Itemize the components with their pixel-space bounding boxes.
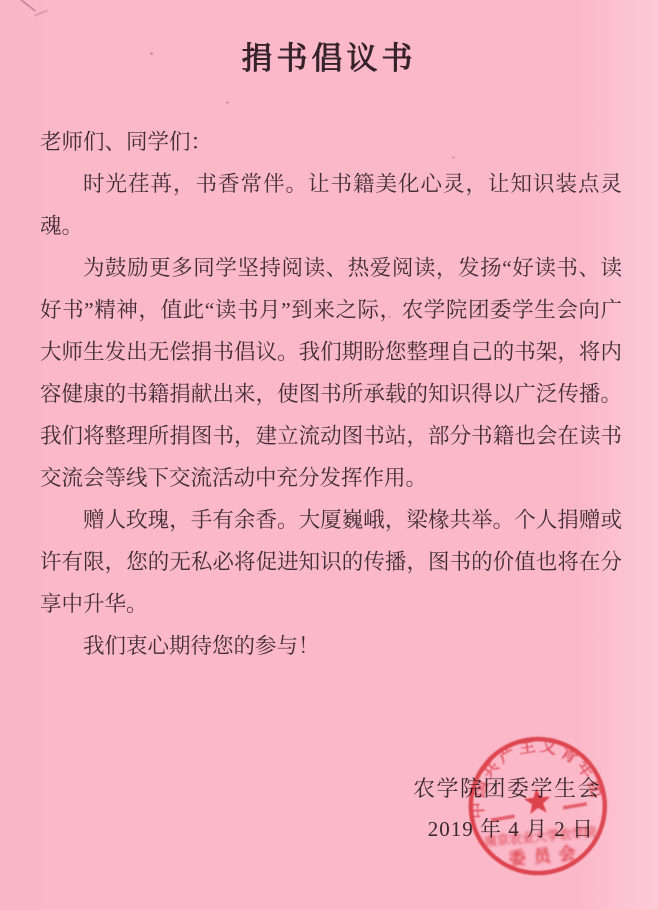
scan-artifact xyxy=(14,0,36,12)
body-paragraph: 我们衷心期待您的参与！ xyxy=(40,625,622,667)
scan-artifact xyxy=(226,101,229,104)
body-paragraph: 时光荏苒，书香常伴。让书籍美化心灵，让知识装点灵魂。 xyxy=(40,163,622,247)
seal-left-dash xyxy=(491,816,515,820)
official-seal: 中国共产主义青年团 南京农业大学农学院 委员会 xyxy=(454,727,624,888)
star-icon xyxy=(523,787,552,815)
document-body: 老师们、同学们： 时光荏苒，书香常伴。让书籍美化心灵，让知识装点灵魂。 为鼓励更… xyxy=(40,121,622,667)
scan-artifact xyxy=(34,9,48,17)
body-paragraph: 赠人玫瑰，手有余香。大厦巍峨，梁椽共举。个人捐赠或许有限，您的无私必将促进知识的… xyxy=(40,499,622,625)
salutation-line: 老师们、同学们： xyxy=(40,121,622,163)
body-paragraph: 为鼓励更多同学坚持阅读、热爱阅读，发扬“好读书、读好书”精神，值此“读书月”到来… xyxy=(40,247,622,499)
document-title: 捐书倡议书 xyxy=(0,33,658,78)
scanned-document-page: 捐书倡议书 老师们、同学们： 时光荏苒，书香常伴。让书籍美化心灵，让知识装点灵魂… xyxy=(0,0,658,910)
seal-right-dash xyxy=(563,804,587,808)
